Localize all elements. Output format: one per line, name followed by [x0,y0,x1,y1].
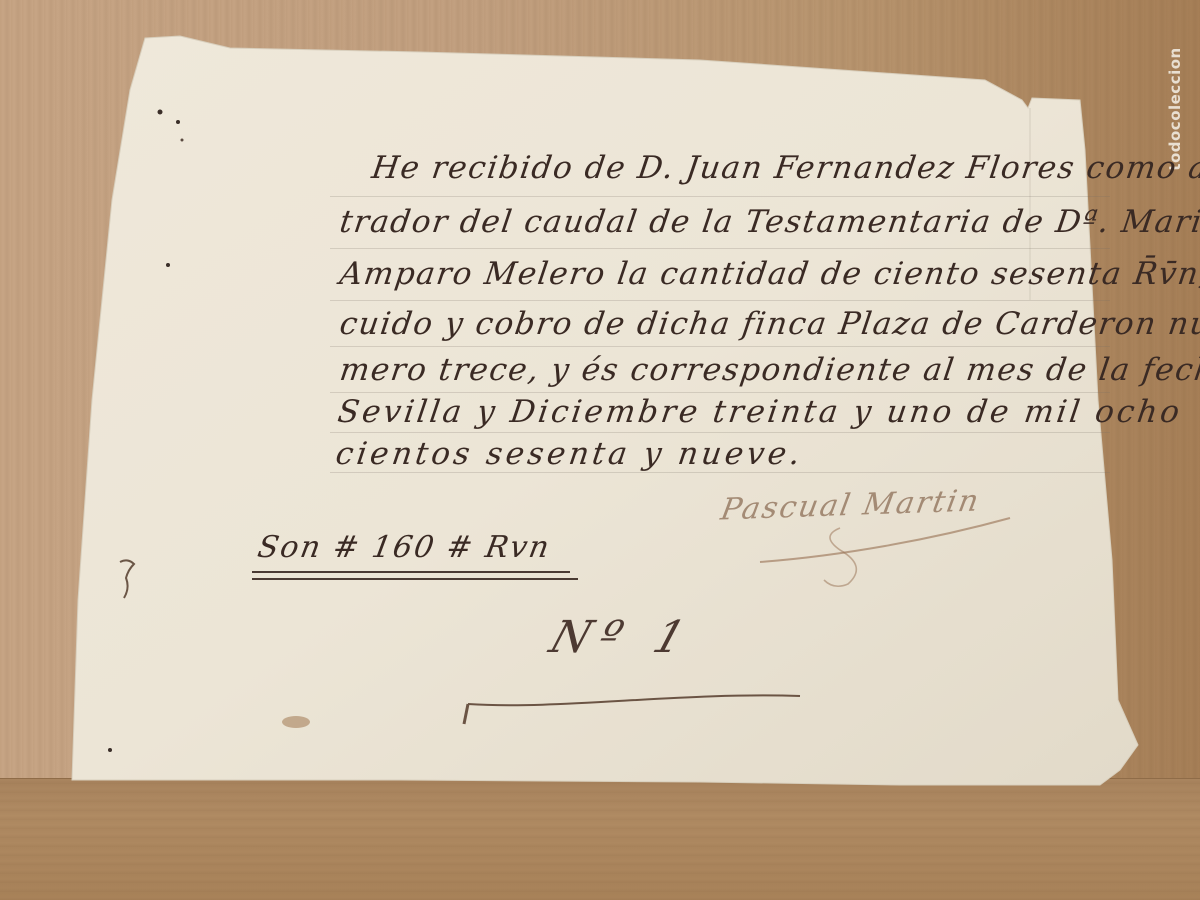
number-underline-stroke [460,680,820,730]
receipt-line-4: cuido y cobro de dicha finca Plaza de Ca… [337,306,1200,342]
total-underline [252,578,578,580]
receipt-line-2: trador del caudal de la Testamentaria de… [337,204,1200,240]
ruled-line [330,392,1110,393]
receipt-total: Son # 160 # Rvn [255,530,554,565]
receipt-line-5: mero trece, y és correspondiente al mes … [337,352,1200,388]
ruled-line [330,248,1110,249]
receipt-line-3: Amparo Melero la cantidad de ciento sese… [337,256,1200,292]
ruled-line [330,300,1110,301]
receipt-number: Nº 1 [544,612,702,663]
watermark-todocoleccion: todocoleccion [1166,84,1184,134]
receipt-line-7: cientos sesenta y nueve. [333,436,805,472]
signature-flourish [740,500,1020,590]
total-underline [252,571,570,573]
receipt-line-6: Sevilla y Diciembre treinta y uno de mil… [335,394,1184,430]
ruled-line [330,346,1110,347]
ruled-line [330,432,1110,433]
ruled-line [330,196,1110,197]
ruled-line [330,472,1110,473]
receipt-line-1: He recibido de D. Juan Fernandez Flores … [369,150,1200,186]
